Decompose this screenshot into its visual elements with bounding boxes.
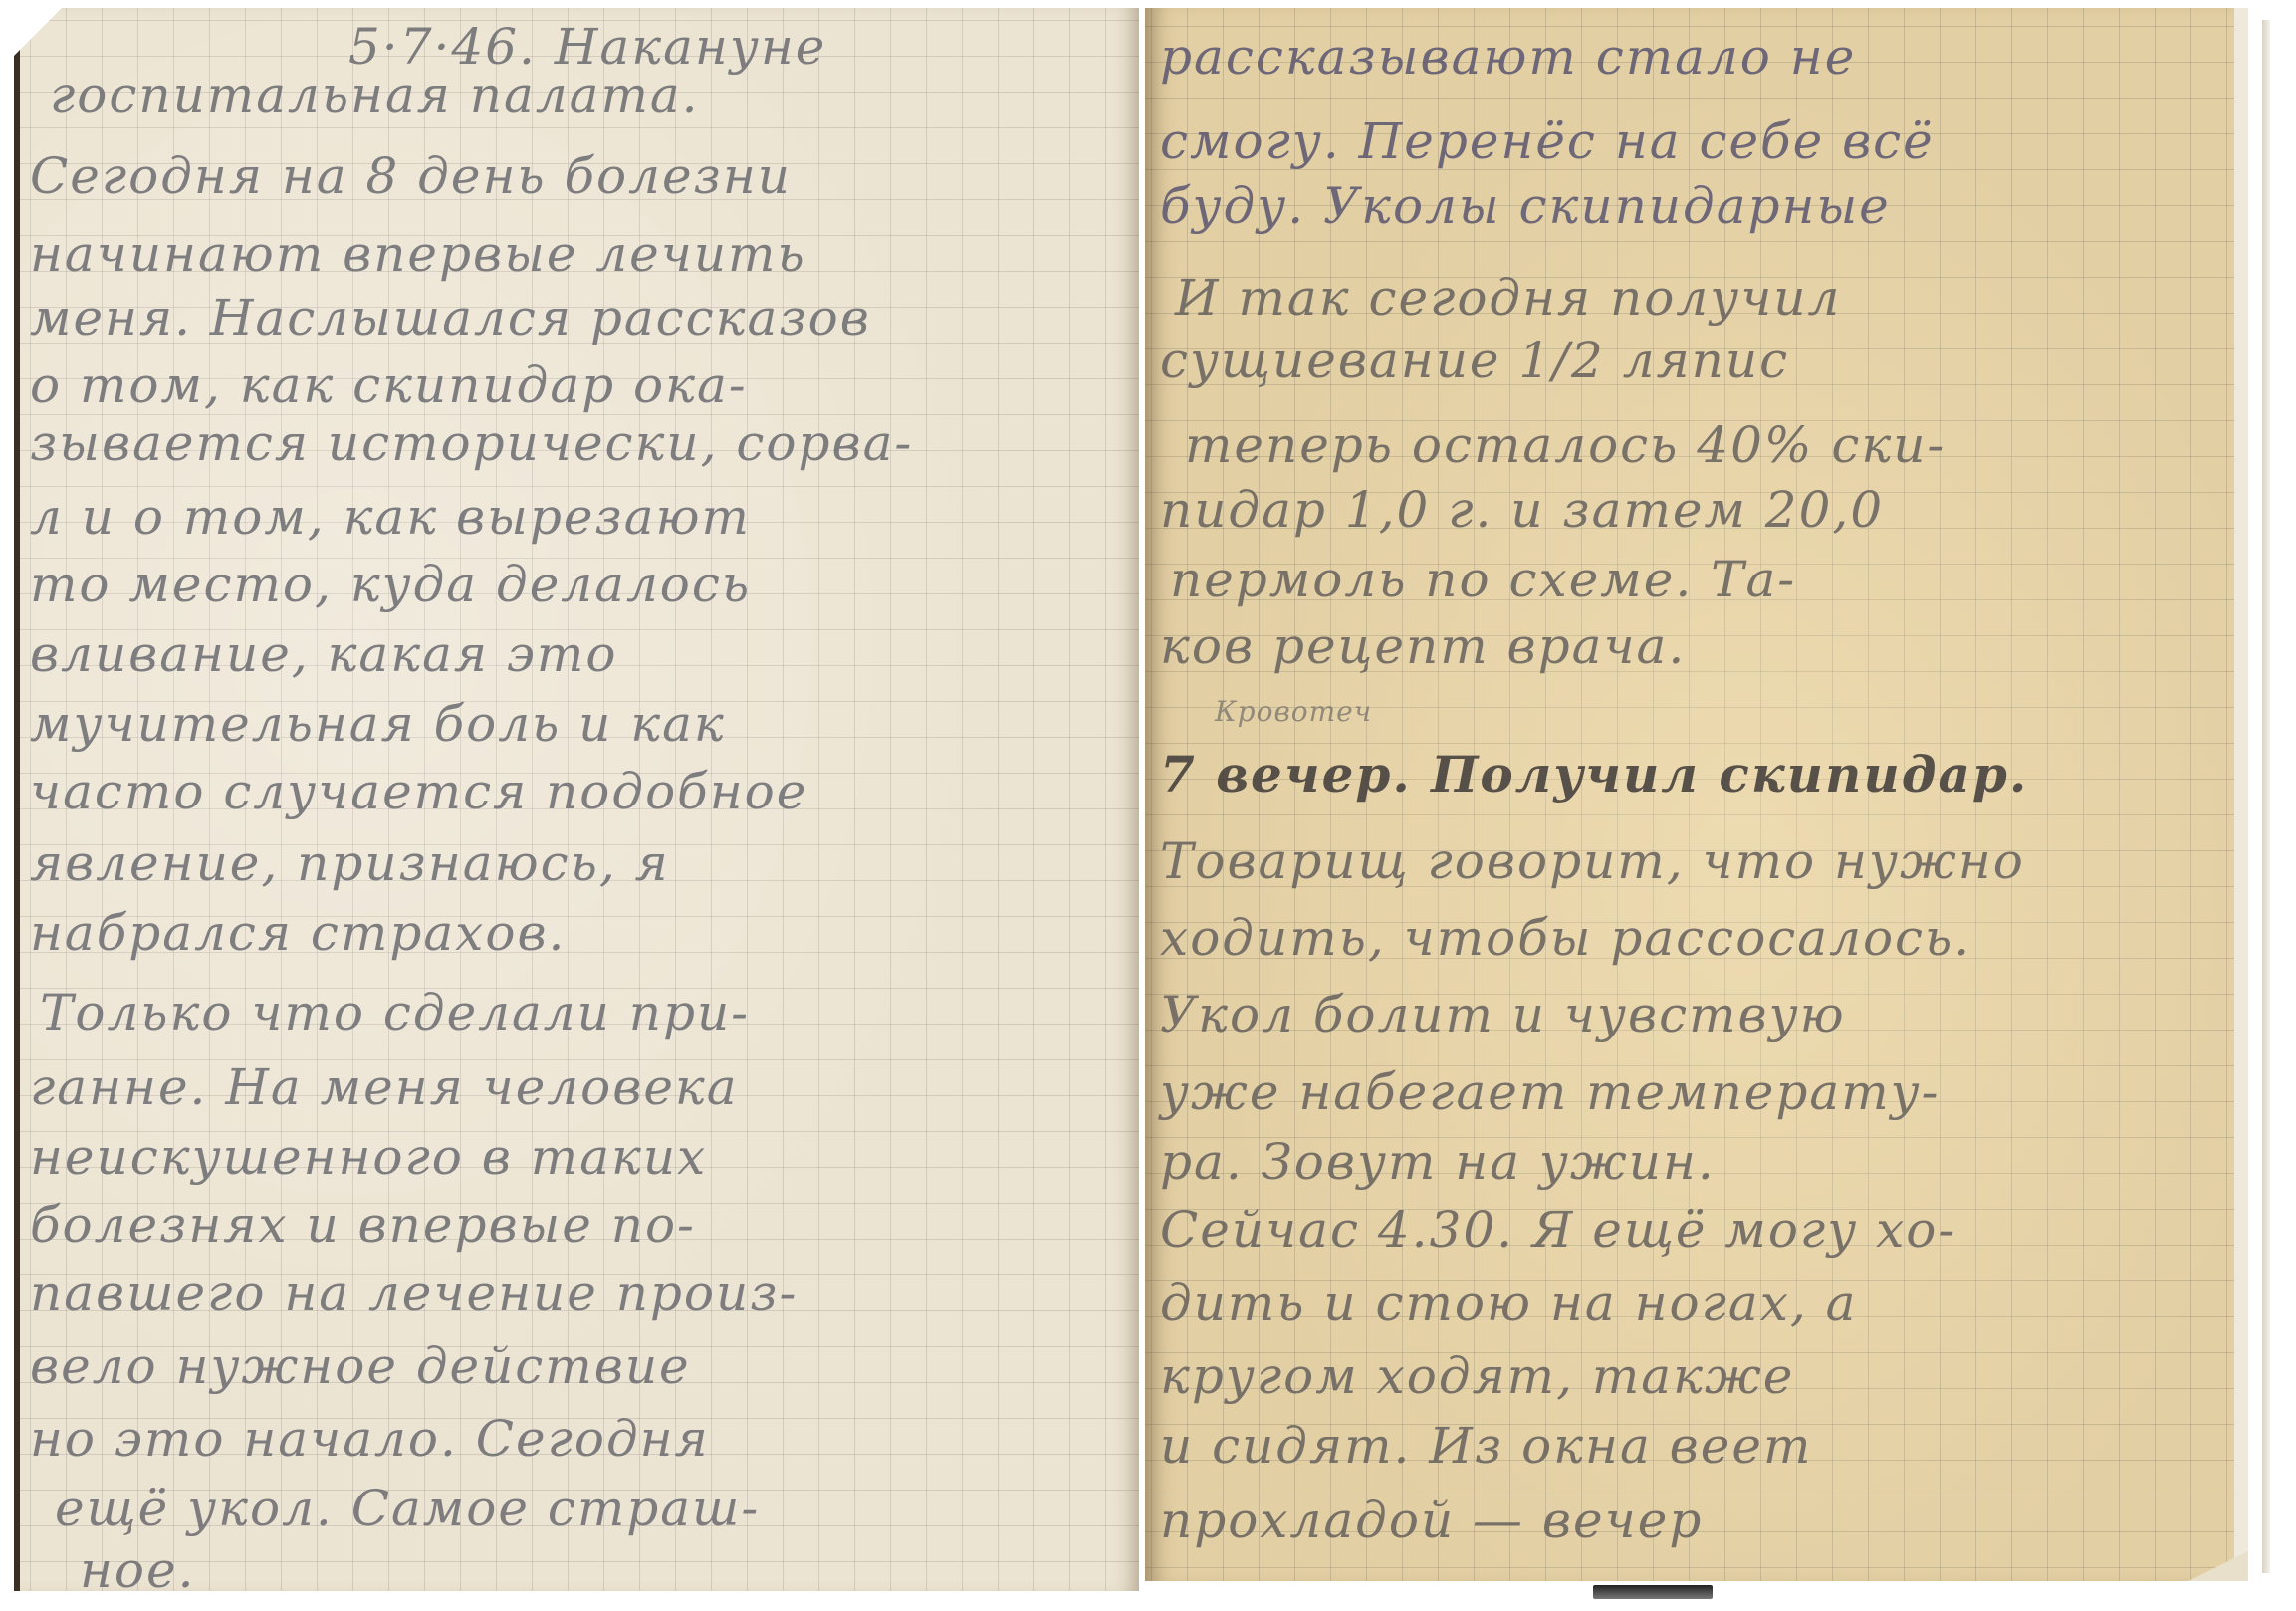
- handwritten-line: теперь осталось 40% ски-: [1185, 416, 1946, 474]
- handwritten-line: И так сегодня получил: [1175, 269, 1841, 327]
- handwritten-line: и сидят. Из окна веет: [1160, 1417, 1812, 1475]
- handwritten-line: 7 вечер. Получил скипидар.: [1160, 745, 2028, 804]
- handwritten-line: рассказывают стало не: [1160, 28, 1856, 86]
- binding-shadow: [1593, 1585, 1713, 1599]
- handwritten-line: ков рецепт врача.: [1160, 617, 1686, 675]
- folded-corner: [14, 8, 62, 56]
- handwritten-line: Только что сделали при-: [40, 984, 750, 1041]
- handwritten-line: уже набегает температу-: [1160, 1063, 1941, 1121]
- handwritten-line: Товарищ говорит, что нужно: [1160, 832, 2025, 890]
- handwritten-line: пидар 1,0 г. и затем 20,0: [1160, 481, 1884, 539]
- handwritten-line: зывается исторически, сорва-: [30, 414, 913, 472]
- handwritten-line: сущиевание 1/2 ляпис: [1160, 332, 1789, 389]
- handwritten-line: Сейчас 4.30. Я ещё могу хо-: [1160, 1201, 1956, 1259]
- handwritten-line: ганне. На меня человека: [30, 1058, 739, 1116]
- handwritten-line: пермоль по схеме. Та-: [1170, 551, 1796, 608]
- page-edges: [2262, 20, 2270, 1573]
- handwritten-line: Сегодня на 8 день болезни: [30, 147, 792, 205]
- handwritten-line: вело нужное действие: [30, 1337, 691, 1395]
- handwritten-line: л и о том, как вырезают: [30, 488, 751, 546]
- handwritten-line: буду. Уколы скипидарные: [1160, 177, 1891, 235]
- handwritten-line: начинают впервые лечить: [30, 225, 806, 283]
- handwritten-line: набрался страхов.: [30, 904, 566, 962]
- handwritten-line: то место, куда делалось: [30, 556, 751, 613]
- margin-note: Кровотеч: [1215, 695, 1372, 728]
- handwritten-line: госпитальная палата.: [50, 66, 700, 123]
- handwritten-line: прохладой — вечер: [1160, 1492, 1703, 1549]
- handwritten-line: ное.: [80, 1541, 196, 1591]
- left-page: 5·7·46. Наканунегоспитальная палата.Сего…: [14, 8, 1139, 1591]
- right-page-text: рассказывают стало несмогу. Перенёс на с…: [1145, 8, 2234, 1581]
- handwritten-line: часто случается подобное: [30, 763, 807, 820]
- handwritten-line: ра. Зовут на ужин.: [1160, 1133, 1716, 1191]
- handwritten-line: болезнях и впервые по-: [30, 1196, 696, 1254]
- handwritten-line: мучительная боль и как: [30, 695, 726, 753]
- handwritten-line: смогу. Перенёс на себе всё: [1160, 113, 1935, 170]
- handwritten-line: кругом ходят, также: [1160, 1347, 1794, 1405]
- handwritten-line: неискушенного в таких: [30, 1128, 707, 1186]
- handwritten-line: о том, как скипидар ока-: [30, 356, 748, 414]
- handwritten-line: вливание, какая это: [30, 625, 617, 683]
- open-notebook: 5·7·46. Наканунегоспитальная палата.Сего…: [0, 0, 2296, 1611]
- right-page: рассказывают стало несмогу. Перенёс на с…: [1145, 8, 2248, 1581]
- handwritten-line: меня. Наслышался рассказов: [30, 289, 871, 346]
- handwritten-line: ходить, чтобы рассосалось.: [1160, 909, 1971, 967]
- handwritten-line: но это начало. Сегодня: [30, 1410, 710, 1468]
- handwritten-line: дить и стою на ногах, а: [1160, 1274, 1858, 1332]
- handwritten-line: Укол болит и чувствую: [1160, 986, 1846, 1043]
- handwritten-line: ещё укол. Самое страш-: [55, 1480, 760, 1537]
- handwritten-line: павшего на лечение произ-: [30, 1265, 798, 1322]
- folded-corner-bottom: [2188, 1551, 2248, 1581]
- left-page-text: 5·7·46. Наканунегоспитальная палата.Сего…: [20, 8, 1139, 1591]
- handwritten-line: явление, признаюсь, я: [30, 834, 670, 892]
